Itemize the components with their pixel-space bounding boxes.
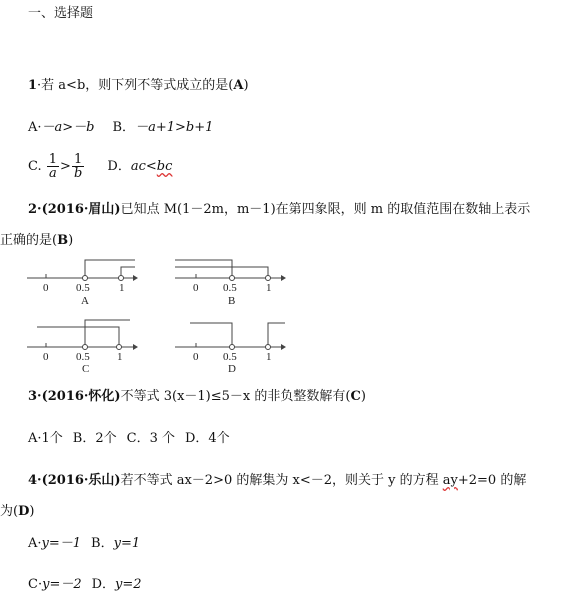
option-a-text: －a>－b [42, 120, 95, 135]
option-b-label: B． [113, 120, 136, 135]
svg-text:A: A [81, 295, 89, 307]
svg-text:0: 0 [193, 351, 199, 363]
answer: D [18, 504, 29, 519]
option-b-label: B． [91, 536, 114, 551]
svg-text:B: B [228, 295, 235, 307]
question-number: 4 [28, 473, 37, 488]
question-4-options-cd: C·y=－2D．y=2 [28, 577, 142, 593]
question-text: 已知点 M(1－2m，m－1)在第四象限，则 m 的取值范围在数轴上表示 [121, 202, 531, 217]
option-d: D．4个 [185, 431, 230, 446]
paren: ) [68, 233, 73, 248]
question-1-options-ab: A·－a>－bB．－a+1>b+1 [28, 120, 213, 136]
question-3-options: A·1个B．2个C．3 个D．4个 [28, 431, 230, 447]
question-number: 3 [28, 389, 37, 404]
option-d-text: ac< [131, 159, 157, 174]
svg-text:1: 1 [266, 351, 272, 363]
option-d-label: D． [107, 159, 130, 174]
number-line-option-c: 0 0.5 1 C [25, 315, 140, 373]
option-b: B．2个 [73, 431, 117, 446]
option-d-text-underlined: bc [157, 159, 173, 174]
question-2-stem-line2: 正确的是(B) [0, 233, 73, 249]
fraction-1-over-b: 1b [72, 153, 84, 180]
question-text: +2=0 的解 [458, 473, 526, 488]
svg-text:1: 1 [266, 282, 272, 294]
question-source: ·(2016·眉山) [37, 202, 121, 217]
option-c-text: y=－2 [42, 577, 82, 592]
greater-than: > [60, 159, 71, 174]
question-text: 正确的是( [0, 233, 57, 248]
svg-text:0: 0 [193, 282, 199, 294]
option-a: A·1个 [28, 431, 63, 446]
question-text: 为( [0, 504, 18, 519]
option-c: C．3 个 [127, 431, 175, 446]
svg-text:0.5: 0.5 [223, 282, 237, 294]
question-text-underlined: ay [443, 473, 458, 488]
question-3-stem: 3·(2016·怀化)不等式 3(x－1)≤5－x 的非负整数解有(C) [28, 389, 366, 405]
option-c-label: C. [28, 159, 42, 174]
question-4-stem-line2: 为(D) [0, 504, 34, 520]
option-b-text: －a+1>b+1 [135, 120, 213, 135]
option-a-text: y=－1 [42, 536, 82, 551]
number-line-option-b: 0 0.5 1 B [173, 255, 288, 310]
question-source: ·(2016·怀化) [37, 389, 121, 404]
option-d-label: D． [92, 577, 115, 592]
question-text: 不等式 3(x－1)≤5－x 的非负整数解有( [121, 389, 351, 404]
option-d-text: y=2 [115, 577, 142, 592]
svg-text:0.5: 0.5 [76, 351, 90, 363]
question-text: 若不等式 ax－2>0 的解集为 x<－2，则关于 y 的方程 [121, 473, 443, 488]
paren: ) [361, 389, 366, 404]
option-a-label: A· [28, 120, 42, 135]
question-4-options-ab: A·y=－1B．y=1 [28, 536, 140, 552]
question-text: ·若 a<b，则下列不等式成立的是( [37, 78, 233, 93]
question-number: 1 [28, 78, 37, 93]
question-number: 2 [28, 202, 37, 217]
svg-text:0.5: 0.5 [223, 351, 237, 363]
question-1-options-cd: C. 1a>1b D．ac<bc [28, 153, 172, 180]
section-title: 一、选择题 [28, 6, 93, 22]
svg-text:0.5: 0.5 [76, 282, 90, 294]
question-4-stem-line1: 4·(2016·乐山)若不等式 ax－2>0 的解集为 x<－2，则关于 y 的… [28, 473, 526, 489]
svg-text:1: 1 [119, 282, 125, 294]
svg-text:0: 0 [43, 282, 49, 294]
question-source: ·(2016·乐山) [37, 473, 121, 488]
fraction-1-over-a: 1a [47, 153, 59, 180]
number-line-option-a: 0 0.5 1 A [25, 255, 140, 310]
svg-text:D: D [228, 363, 236, 375]
svg-text:1: 1 [117, 351, 123, 363]
svg-text:C: C [82, 363, 89, 375]
answer: B [57, 233, 68, 248]
answer: A [233, 78, 243, 93]
number-line-option-d: 0 0.5 1 D [173, 315, 288, 373]
answer: C [350, 389, 360, 404]
question-2-stem-line1: 2·(2016·眉山)已知点 M(1－2m，m－1)在第四象限，则 m 的取值范… [28, 202, 530, 218]
paren: ) [29, 504, 34, 519]
option-a-label: A· [28, 536, 42, 551]
svg-text:0: 0 [43, 351, 49, 363]
option-c-label: C· [28, 577, 42, 592]
question-1-stem: 1·若 a<b，则下列不等式成立的是(A) [28, 78, 249, 94]
option-b-text: y=1 [114, 536, 141, 551]
paren: ) [243, 78, 248, 93]
